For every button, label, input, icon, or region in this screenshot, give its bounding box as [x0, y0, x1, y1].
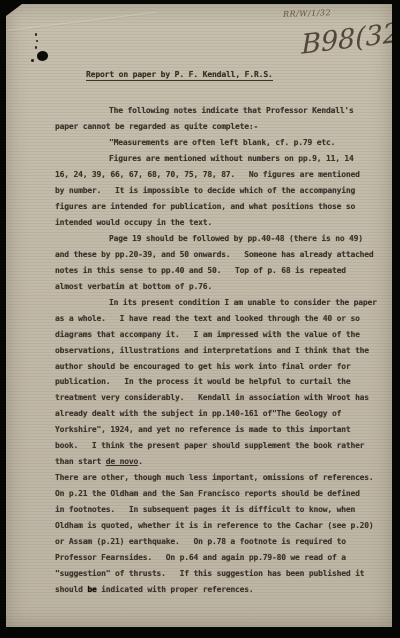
text-line: Figures are mentioned without numbers on… [55, 151, 389, 167]
document-title: Report on paper by P. F. Kendall, F.R.S. [86, 70, 273, 81]
text-line: than start de novo. [55, 454, 389, 470]
text-line: 16, 24, 39, 66, 67, 68, 70, 75, 78, 87. … [55, 167, 389, 183]
document-body: The following notes indicate that Profes… [55, 103, 389, 598]
text-line: in footnotes. In subsequent pages it is … [55, 502, 389, 518]
handwritten-reference-number: RR/W/1/32 [283, 8, 331, 19]
ink-blot [37, 51, 48, 61]
text-line: "Measurements are often left blank, cf. … [55, 135, 389, 151]
ink-speck [31, 59, 34, 62]
paper-crease [8, 12, 157, 32]
text-line: On p.21 the Oldham and the San Francisco… [55, 486, 389, 502]
text-line: Oldham is quoted, whether it is in refer… [55, 518, 389, 534]
text-line: The following notes indicate that Profes… [55, 103, 389, 119]
text-line: Yorkshire", 1924, and yet no reference i… [55, 422, 389, 438]
text-line: and these by pp.20-39, and 50 onwards. S… [55, 247, 389, 263]
text-line: or Assam (p.21) earthquake. On p.78 a fo… [55, 534, 389, 550]
text-line: Page 19 should be followed by pp.40-48 (… [55, 231, 389, 247]
text-line: diagrams that accompany it. I am impress… [55, 327, 389, 343]
text-line: intended would occupy in the text. [55, 215, 389, 231]
ink-speck [35, 46, 37, 49]
text-line: Professor Fearnsides. On p.64 and again … [55, 550, 389, 566]
text-line: publication. In the process it would be … [55, 374, 389, 390]
text-line: paper cannot be regarded as quite comple… [55, 119, 389, 135]
scanned-document: RR/W/1/32 B98(32) Report on paper by P. … [0, 0, 400, 638]
text-line: author should be encouraged to get his w… [55, 359, 389, 375]
text-line: observations, illustrations and interpre… [55, 343, 389, 359]
text-line: book. I think the present paper should s… [55, 438, 389, 454]
text-line: In its present condition I am unable to … [55, 295, 389, 311]
text-line: "suggestion" of thrusts. If this suggest… [55, 566, 389, 582]
ink-speck [36, 40, 38, 42]
text-line: as a whole. I have read the text and loo… [55, 311, 389, 327]
text-line: should be indicated with proper referenc… [55, 582, 389, 598]
text-line: already dealt with the subject in pp.140… [55, 406, 389, 422]
text-line: figures are intended for publication, an… [55, 199, 389, 215]
text-line: There are other, though much less import… [55, 470, 389, 486]
text-line: notes in this sense to pp.40 and 50. Top… [55, 263, 389, 279]
handwritten-catalogue-number: B98(32) [301, 16, 400, 61]
text-line: almost verbatim at bottom of p.76. [55, 279, 389, 295]
text-line: treatment very considerably. Kendall in … [55, 390, 389, 406]
text-line: by number. It is impossible to decide wh… [55, 183, 389, 199]
paper-sheet: RR/W/1/32 B98(32) Report on paper by P. … [6, 4, 392, 627]
ink-speck [35, 33, 37, 36]
